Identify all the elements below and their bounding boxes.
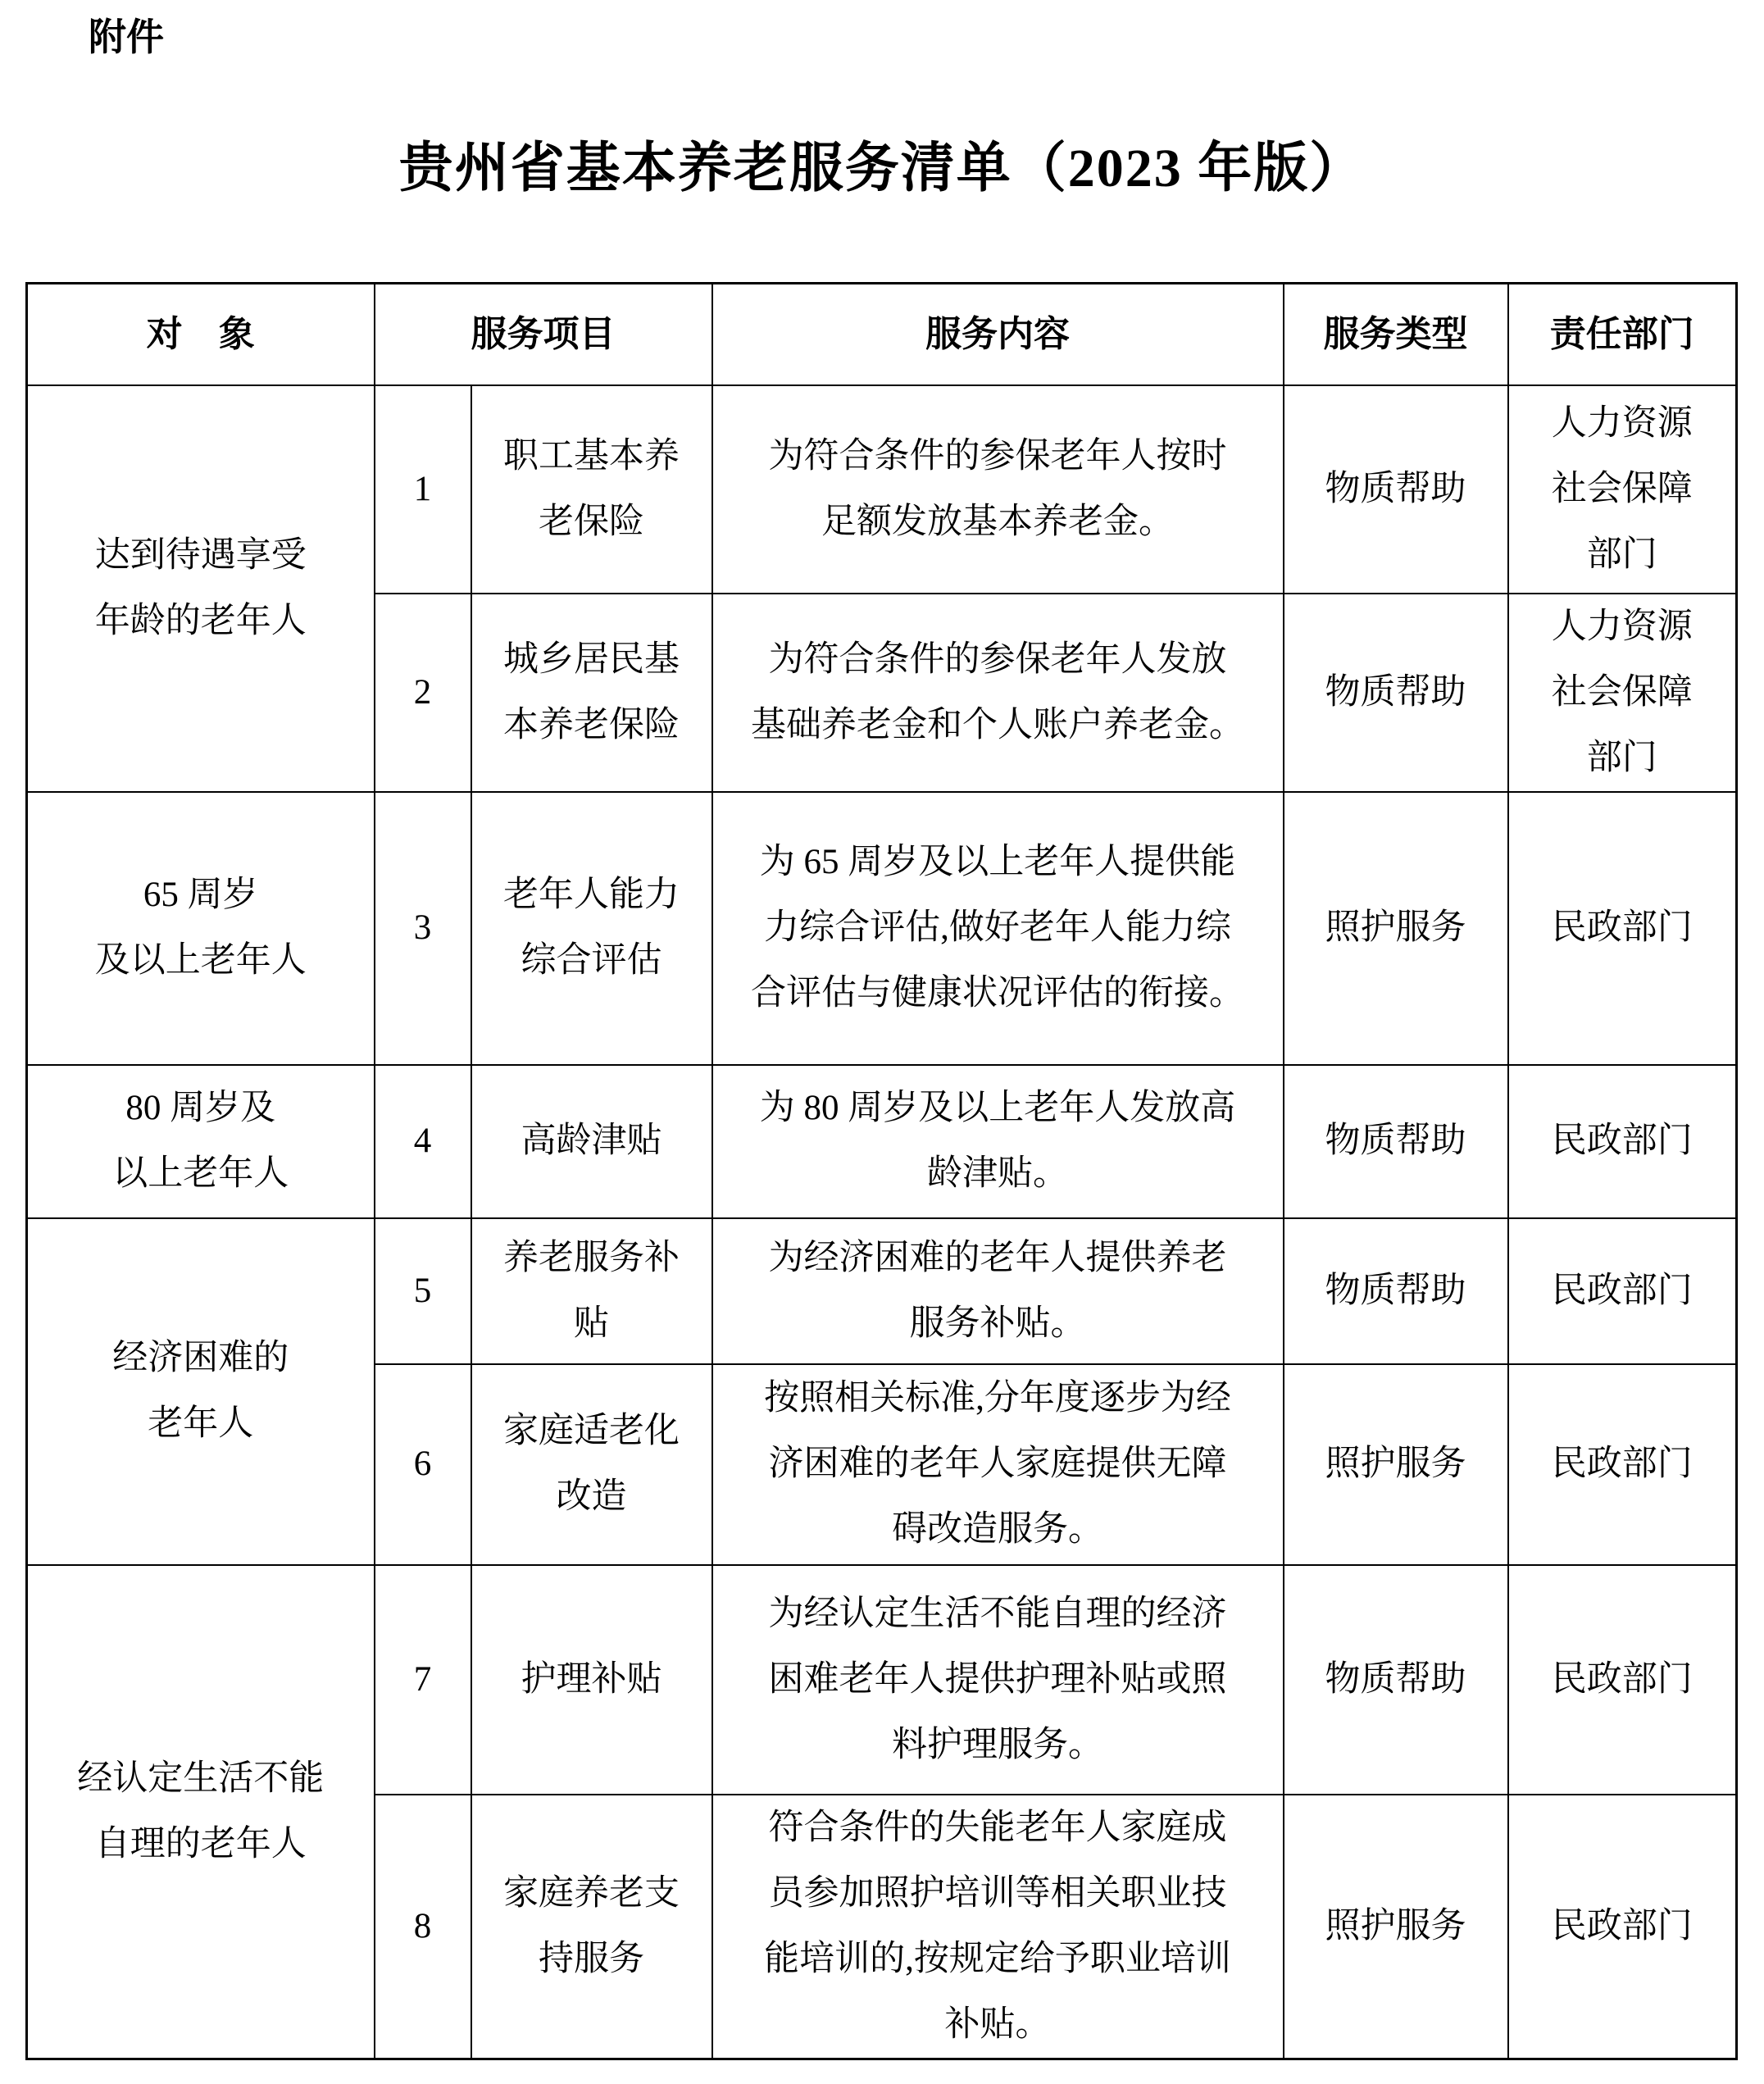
cell-department: 民政部门 — [1508, 1065, 1737, 1218]
cell-num: 8 — [375, 1795, 471, 2059]
cell-target-group-3: 经济困难的 老年人 — [27, 1218, 375, 1565]
content-line: 合评估与健康状况评估的衔接。 — [713, 961, 1283, 1026]
content-line: 能培训的,按规定给予职业培训 — [713, 1927, 1283, 1992]
header-department: 责任部门 — [1508, 284, 1737, 385]
cell-content: 为符合条件的参保老年人发放 基础养老金和个人账户养老金。 — [712, 594, 1284, 792]
cell-department: 人力资源 社会保障 部门 — [1508, 594, 1737, 792]
target-line: 及以上老年人 — [28, 928, 374, 994]
content-line: 力综合评估,做好老年人能力综 — [713, 895, 1283, 961]
item-line: 老年人能力 — [472, 862, 712, 928]
table-row: 经认定生活不能 自理的老年人 7 护理补贴 为经认定生活不能自理的经济 困难老年… — [27, 1565, 1737, 1795]
item-line: 护理补贴 — [472, 1647, 712, 1713]
content-line: 为经认定生活不能自理的经济 — [713, 1581, 1283, 1647]
document-page: 附件 贵州省基本养老服务清单（2023 年版） 对 象 服务项目 服务内容 服务… — [0, 0, 1764, 2084]
cell-num: 5 — [375, 1218, 471, 1364]
dept-line: 民政部门 — [1509, 1647, 1736, 1713]
cell-content: 为经济困难的老年人提供养老 服务补贴。 — [712, 1218, 1284, 1364]
table-row: 达到待遇享受 年龄的老年人 1 职工基本养 老保险 为符合条件的参保老年人按时 … — [27, 385, 1737, 594]
cell-department: 民政部门 — [1508, 1565, 1737, 1795]
cell-content: 为 80 周岁及以上老年人发放高 龄津贴。 — [712, 1065, 1284, 1218]
target-line: 年龄的老年人 — [28, 589, 374, 654]
page-title: 贵州省基本养老服务清单（2023 年版） — [0, 128, 1764, 210]
content-line: 为经济困难的老年人提供养老 — [713, 1226, 1283, 1291]
content-line: 为 65 周岁及以上老年人提供能 — [713, 830, 1283, 895]
content-line: 济困难的老年人家庭提供无障 — [713, 1431, 1283, 1497]
item-line: 贴 — [472, 1291, 712, 1357]
target-line: 以上老年人 — [28, 1141, 374, 1207]
content-line: 为符合条件的参保老年人按时 — [713, 424, 1283, 489]
content-line: 基础养老金和个人账户养老金。 — [713, 693, 1283, 758]
dept-line: 社会保障 — [1509, 660, 1736, 726]
item-line: 家庭适老化 — [472, 1399, 712, 1464]
item-line: 职工基本养 — [472, 424, 712, 489]
content-line: 为符合条件的参保老年人发放 — [713, 627, 1283, 693]
content-line: 料护理服务。 — [713, 1713, 1283, 1778]
cell-item: 高龄津贴 — [471, 1065, 712, 1218]
dept-line: 社会保障 — [1509, 457, 1736, 522]
dept-line: 民政部门 — [1509, 1894, 1736, 1959]
cell-num: 4 — [375, 1065, 471, 1218]
cell-item: 养老服务补 贴 — [471, 1218, 712, 1364]
cell-type: 照护服务 — [1284, 1795, 1508, 2059]
cell-num: 1 — [375, 385, 471, 594]
cell-department: 民政部门 — [1508, 1795, 1737, 2059]
item-line: 养老服务补 — [472, 1226, 712, 1291]
table-row: 经济困难的 老年人 5 养老服务补 贴 为经济困难的老年人提供养老 服务补贴。 … — [27, 1218, 1737, 1364]
header-content: 服务内容 — [712, 284, 1284, 385]
cell-item: 护理补贴 — [471, 1565, 712, 1795]
cell-num: 3 — [375, 792, 471, 1065]
attachment-label: 附件 — [89, 11, 164, 62]
target-line: 自理的老年人 — [28, 1812, 374, 1877]
cell-department: 民政部门 — [1508, 792, 1737, 1065]
cell-item: 城乡居民基 本养老保险 — [471, 594, 712, 792]
header-row: 对 象 服务项目 服务内容 服务类型 责任部门 — [27, 284, 1737, 385]
target-line: 经认定生活不能 — [28, 1746, 374, 1812]
dept-line: 民政部门 — [1509, 1108, 1736, 1174]
cell-item: 家庭适老化 改造 — [471, 1364, 712, 1565]
cell-content: 为符合条件的参保老年人按时 足额发放基本养老金。 — [712, 385, 1284, 594]
dept-line: 部门 — [1509, 726, 1736, 791]
content-line: 足额发放基本养老金。 — [713, 489, 1283, 555]
cell-num: 6 — [375, 1364, 471, 1565]
content-line: 服务补贴。 — [713, 1291, 1283, 1357]
cell-department: 民政部门 — [1508, 1364, 1737, 1565]
table-row: 80 周岁及 以上老年人 4 高龄津贴 为 80 周岁及以上老年人发放高 龄津贴… — [27, 1065, 1737, 1218]
cell-content: 为经认定生活不能自理的经济 困难老年人提供护理补贴或照 料护理服务。 — [712, 1565, 1284, 1795]
item-line: 老保险 — [472, 489, 712, 555]
cell-type: 物质帮助 — [1284, 594, 1508, 792]
table-row: 65 周岁 及以上老年人 3 老年人能力 综合评估 为 65 周岁及以上老年人提… — [27, 792, 1737, 1065]
content-line: 员参加照护培训等相关职业技 — [713, 1861, 1283, 1927]
dept-line: 民政部门 — [1509, 1258, 1736, 1324]
cell-item: 家庭养老支 持服务 — [471, 1795, 712, 2059]
target-line: 65 周岁 — [28, 862, 374, 928]
content-line: 补贴。 — [713, 1992, 1283, 2058]
header-type: 服务类型 — [1284, 284, 1508, 385]
cell-content: 按照相关标准,分年度逐步为经 济困难的老年人家庭提供无障 碍改造服务。 — [712, 1364, 1284, 1565]
content-line: 困难老年人提供护理补贴或照 — [713, 1647, 1283, 1713]
item-line: 城乡居民基 — [472, 627, 712, 693]
cell-content: 为 65 周岁及以上老年人提供能 力综合评估,做好老年人能力综 合评估与健康状况… — [712, 792, 1284, 1065]
cell-target-group-2: 80 周岁及 以上老年人 — [27, 1065, 375, 1218]
item-line: 综合评估 — [472, 928, 712, 994]
dept-line: 人力资源 — [1509, 391, 1736, 457]
cell-type: 照护服务 — [1284, 1364, 1508, 1565]
item-line: 高龄津贴 — [472, 1108, 712, 1174]
content-line: 符合条件的失能老年人家庭成 — [713, 1795, 1283, 1861]
content-line: 碍改造服务。 — [713, 1497, 1283, 1563]
cell-type: 物质帮助 — [1284, 1218, 1508, 1364]
service-list-table: 对 象 服务项目 服务内容 服务类型 责任部门 达到待遇享受 年龄的老年人 1 … — [25, 282, 1738, 2060]
item-line: 家庭养老支 — [472, 1861, 712, 1927]
cell-target-group-4: 经认定生活不能 自理的老年人 — [27, 1565, 375, 2059]
cell-type: 物质帮助 — [1284, 385, 1508, 594]
cell-target-group-1: 65 周岁 及以上老年人 — [27, 792, 375, 1065]
content-line: 按照相关标准,分年度逐步为经 — [713, 1366, 1283, 1431]
cell-num: 2 — [375, 594, 471, 792]
cell-type: 照护服务 — [1284, 792, 1508, 1065]
cell-num: 7 — [375, 1565, 471, 1795]
content-line: 为 80 周岁及以上老年人发放高 — [713, 1076, 1283, 1141]
header-target: 对 象 — [27, 284, 375, 385]
target-line: 经济困难的 — [28, 1326, 374, 1391]
dept-line: 部门 — [1509, 522, 1736, 588]
cell-department: 人力资源 社会保障 部门 — [1508, 385, 1737, 594]
dept-line: 民政部门 — [1509, 895, 1736, 961]
content-line: 龄津贴。 — [713, 1141, 1283, 1207]
dept-line: 人力资源 — [1509, 594, 1736, 660]
cell-content: 符合条件的失能老年人家庭成 员参加照护培训等相关职业技 能培训的,按规定给予职业… — [712, 1795, 1284, 2059]
item-line: 持服务 — [472, 1927, 712, 1992]
target-line: 老年人 — [28, 1391, 374, 1457]
cell-target-group-0: 达到待遇享受 年龄的老年人 — [27, 385, 375, 792]
cell-item: 职工基本养 老保险 — [471, 385, 712, 594]
target-line: 达到待遇享受 — [28, 523, 374, 589]
header-item: 服务项目 — [375, 284, 712, 385]
cell-department: 民政部门 — [1508, 1218, 1737, 1364]
target-line: 80 周岁及 — [28, 1076, 374, 1141]
cell-type: 物质帮助 — [1284, 1065, 1508, 1218]
item-line: 改造 — [472, 1464, 712, 1530]
dept-line: 民政部门 — [1509, 1431, 1736, 1497]
cell-item: 老年人能力 综合评估 — [471, 792, 712, 1065]
cell-type: 物质帮助 — [1284, 1565, 1508, 1795]
item-line: 本养老保险 — [472, 693, 712, 758]
